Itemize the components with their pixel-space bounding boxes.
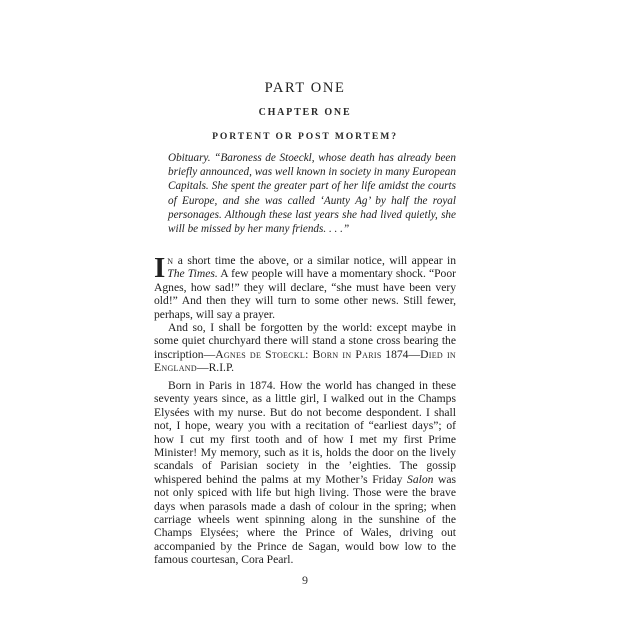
italic-word: Salon: [407, 473, 433, 486]
obituary-epigraph: Obituary. “Baroness de Stoeckl, whose de…: [154, 151, 456, 236]
part-title: PART ONE: [154, 80, 456, 97]
epigraph-paragraph: Obituary. “Baroness de Stoeckl, whose de…: [154, 151, 456, 236]
epigraph-label: Obituary.: [168, 152, 211, 164]
inscription-year: 1874—: [382, 348, 420, 361]
paragraph-text: a short time the above, or a similar not…: [173, 254, 456, 267]
paragraph-text: Born in Paris in 1874. How the world has…: [154, 379, 456, 486]
page-number: 9: [154, 573, 456, 588]
drop-cap: I: [154, 256, 165, 280]
section-two: Born in Paris in 1874. How the world has…: [154, 379, 456, 567]
opening-paragraph: In a short time the above, or a similar …: [154, 254, 456, 321]
body-paragraph: Born in Paris in 1874. How the world has…: [154, 379, 456, 567]
paragraph-text: was not only spiced with life but high l…: [154, 473, 456, 566]
chapter-title: CHAPTER ONE: [154, 107, 456, 118]
inscription-paragraph: And so, I shall be forgotten by the worl…: [154, 321, 456, 375]
epigraph-text: “Baroness de Stoeckl, whose death has al…: [168, 152, 456, 235]
newspaper-title: The Times.: [167, 267, 217, 280]
chapter-subtitle: PORTENT OR POST MORTEM?: [154, 131, 456, 142]
inscription-rip: —R.I.P.: [197, 361, 234, 374]
inscription-text: Agnes de Stoeckl: Born in Paris: [215, 348, 381, 361]
section-one: In a short time the above, or a similar …: [154, 254, 456, 375]
